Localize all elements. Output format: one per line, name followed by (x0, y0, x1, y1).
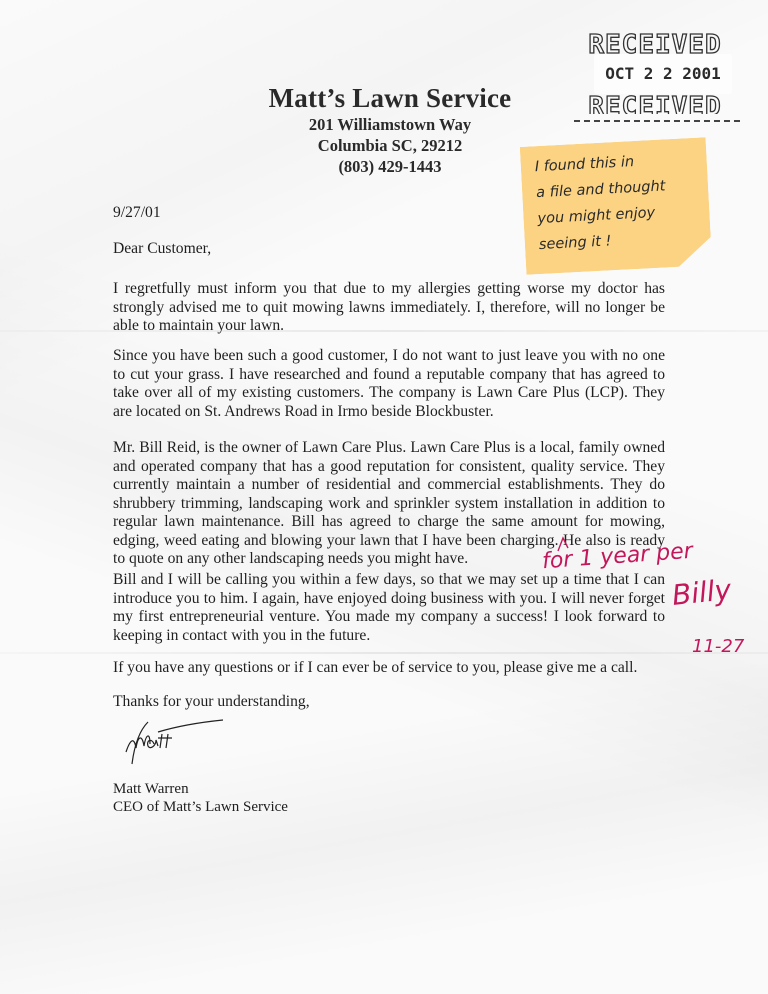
handwritten-note-line3: 11-27 (692, 636, 744, 657)
paper-fold (0, 652, 768, 654)
signer-block: Matt Warren CEO of Matt’s Lawn Service (113, 780, 288, 816)
closing: Thanks for your understanding, (113, 693, 665, 712)
received-stamp: RECEIVED RECEIVED OCT 2 2 2001 (574, 28, 736, 118)
stamp-dashed-line (574, 120, 740, 122)
street-address: 201 Williamstown Way (230, 114, 550, 135)
city-state-zip: Columbia SC, 29212 (230, 135, 550, 156)
phone-number: (803) 429-1443 (230, 156, 550, 177)
signer-name: Matt Warren (113, 780, 288, 798)
handwritten-note-line2: Billy (670, 573, 732, 612)
paragraph-5: If you have any questions or if I can ev… (113, 659, 665, 678)
signer-title: CEO of Matt’s Lawn Service (113, 798, 288, 816)
stamp-date: OCT 2 2 2001 (594, 64, 732, 83)
stamp-word-bottom: RECEIVED (574, 92, 736, 114)
letter-date: 9/27/01 (113, 204, 161, 222)
sticky-note-text: I found this in a file and thought you m… (534, 145, 709, 258)
stamp-word-top: RECEIVED (574, 30, 736, 56)
stamp-date-box: OCT 2 2 2001 (594, 54, 732, 94)
paragraph-4: Bill and I will be calling you within a … (113, 571, 665, 645)
letter-page: RECEIVED RECEIVED OCT 2 2 2001 Matt’s La… (0, 0, 768, 994)
company-name: Matt’s Lawn Service (230, 82, 550, 114)
greeting: Dear Customer, (113, 240, 211, 258)
paragraph-1: I regretfully must inform you that due t… (113, 280, 665, 336)
sticky-note: I found this in a file and thought you m… (520, 137, 712, 275)
paragraph-2: Since you have been such a good customer… (113, 347, 665, 421)
signature (118, 718, 228, 768)
letterhead: Matt’s Lawn Service 201 Williamstown Way… (230, 82, 550, 177)
